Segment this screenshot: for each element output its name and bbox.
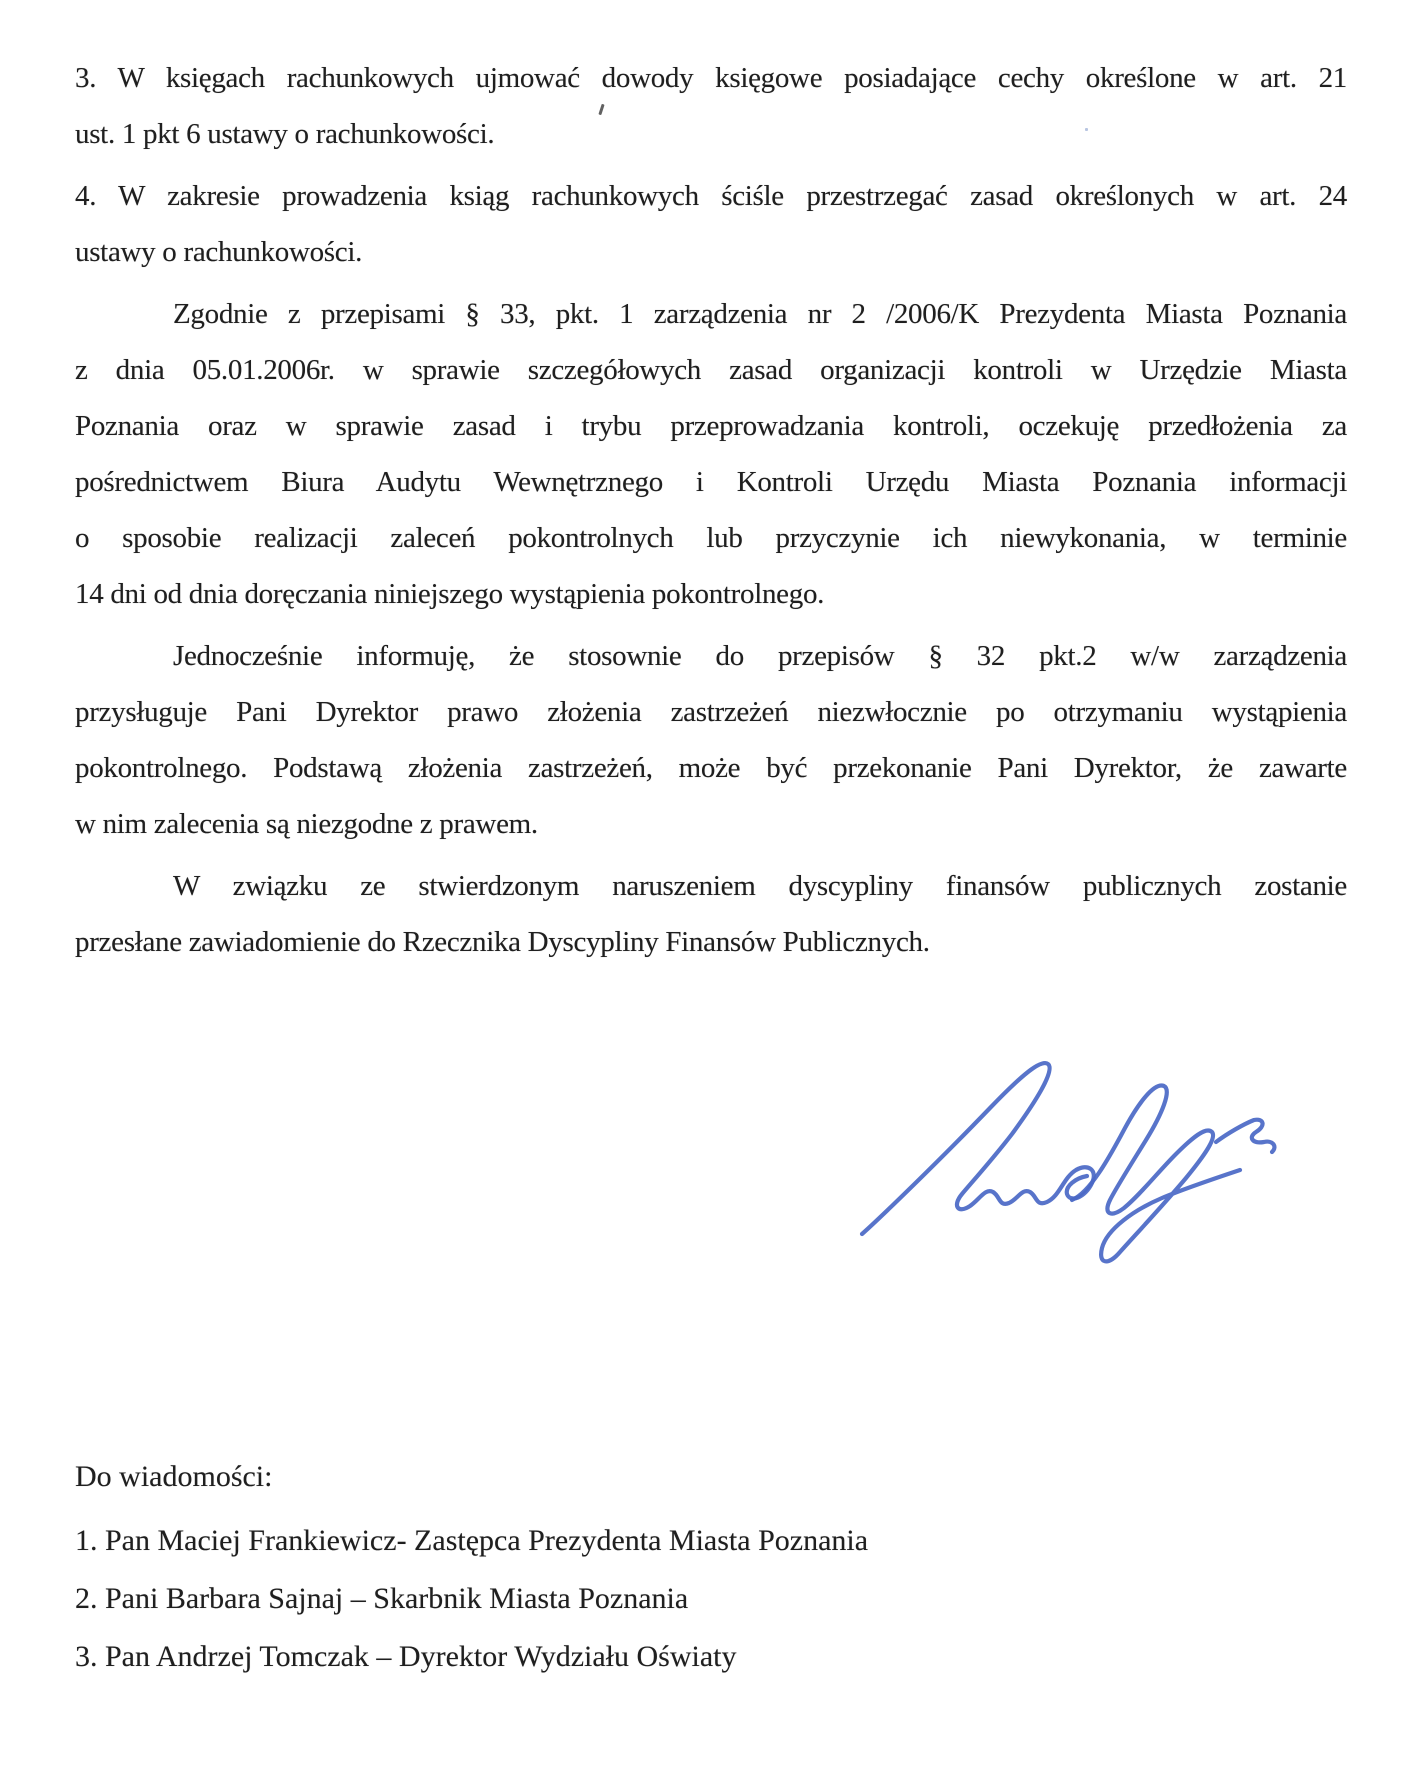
body-line: z dnia 05.01.2006r. w sprawie szczegółow… <box>75 342 1347 398</box>
body-line: pokontrolnego. Podstawą złożenia zastrze… <box>75 740 1347 796</box>
body-line: 3. W księgach rachunkowych ujmować dowod… <box>75 50 1347 106</box>
body-line: Zgodnie z przepisami § 33, pkt. 1 zarząd… <box>75 286 1347 342</box>
paragraph: W związku ze stwierdzonym naruszeniem dy… <box>75 858 1347 970</box>
distribution-item: 2. Pani Barbara Sajnaj – Skarbnik Miasta… <box>75 1570 1175 1628</box>
paragraph: Zgodnie z przepisami § 33, pkt. 1 zarząd… <box>75 286 1347 622</box>
distribution-item: 3. Pan Andrzej Tomczak – Dyrektor Wydzia… <box>75 1628 1175 1686</box>
body-line: 14 dni od dnia doręczania niniejszego wy… <box>75 566 1347 622</box>
body-line: przesłane zawiadomienie do Rzecznika Dys… <box>75 914 1347 970</box>
body-line: o sposobie realizacji zaleceń pokontroln… <box>75 510 1347 566</box>
body-text: 3. W księgach rachunkowych ujmować dowod… <box>75 50 1347 970</box>
body-line: Poznania oraz w sprawie zasad i trybu pr… <box>75 398 1347 454</box>
body-line: ust. 1 pkt 6 ustawy o rachunkowości. <box>75 106 1347 162</box>
paragraph: 3. W księgach rachunkowych ujmować dowod… <box>75 50 1347 162</box>
document-page: 3. W księgach rachunkowych ujmować dowod… <box>0 0 1408 1772</box>
distribution-item: 1. Pan Maciej Frankiewicz- Zastępca Prez… <box>75 1512 1175 1570</box>
distribution-items: 1. Pan Maciej Frankiewicz- Zastępca Prez… <box>75 1512 1175 1686</box>
distribution-heading: Do wiadomości: <box>75 1448 1175 1506</box>
scan-speck <box>1085 128 1088 131</box>
body-line: W związku ze stwierdzonym naruszeniem dy… <box>75 858 1347 914</box>
body-line: przysługuje Pani Dyrektor prawo złożenia… <box>75 684 1347 740</box>
body-line: Jednocześnie informuję, że stosownie do … <box>75 628 1347 684</box>
handwritten-signature-ink <box>820 1020 1300 1280</box>
body-line: w nim zalecenia są niezgodne z prawem. <box>75 796 1347 852</box>
distribution-list: Do wiadomości: 1. Pan Maciej Frankiewicz… <box>75 1448 1175 1686</box>
body-line: ustawy o rachunkowości. <box>75 224 1347 280</box>
body-line: 4. W zakresie prowadzenia ksiąg rachunko… <box>75 168 1347 224</box>
paragraph: Jednocześnie informuję, że stosownie do … <box>75 628 1347 852</box>
paragraph: 4. W zakresie prowadzenia ksiąg rachunko… <box>75 168 1347 280</box>
body-line: pośrednictwem Biura Audytu Wewnętrznego … <box>75 454 1347 510</box>
